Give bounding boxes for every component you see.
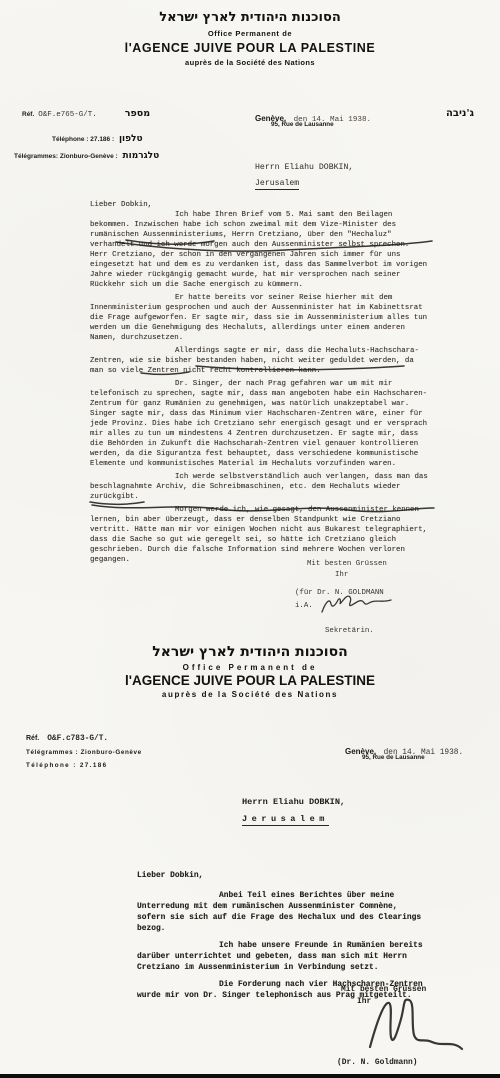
- goldmann-signature: [356, 993, 468, 1057]
- reference-line-2: Réf. O&F.c783-G/T.: [26, 735, 108, 743]
- recipient-city: Jerusalem: [242, 814, 329, 826]
- paragraph: Morgen werde ich, wie gesagt, den Aussen…: [90, 505, 428, 565]
- ref-value: O&F.c783-G/T.: [47, 735, 108, 743]
- letterhead-subtitle: auprès de la Société des Nations: [0, 690, 500, 699]
- recipient-name: Herrn Eliahu DOBKIN,: [255, 163, 353, 172]
- paragraph-list: Ich habe Ihren Brief vom 5. Mai samt den…: [90, 210, 428, 565]
- paragraph: Dr. Singer, der nach Prag gefahren war u…: [90, 379, 428, 469]
- letterhead-subtitle: auprès de la Société des Nations: [0, 58, 500, 67]
- paragraph: Ich habe Ihren Brief vom 5. Mai samt den…: [90, 210, 428, 290]
- ref-hebrew-label: מספר: [125, 108, 150, 119]
- telegram-line: Télégrammes: Zionburo-Genève : טלגרמות: [14, 151, 159, 161]
- letter-1-body: Lieber Dobkin, Ich habe Ihren Brief vom …: [90, 200, 428, 568]
- recipient-city: Jerusalem: [255, 179, 299, 190]
- secretary-signature: [318, 591, 396, 619]
- telegram-hebrew-label: טלגרמות: [122, 151, 159, 161]
- telephone-hebrew-label: טלפון: [119, 134, 143, 144]
- letterhead-hebrew-title: הסוכנות היהודית לארץ ישראל: [0, 11, 500, 25]
- telephone-label: Téléphone : 27.186 :: [52, 136, 114, 143]
- paragraph: Allerdings sagte er mir, dass die Hechal…: [90, 346, 428, 376]
- signature-name-line: (Dr. N. Goldmann): [337, 1058, 418, 1067]
- signature-stroke: [322, 596, 391, 612]
- letterhead-agency-name: l'AGENCE JUIVE POUR LA PALESTINE: [0, 41, 500, 55]
- recipient-name: Herrn Eliahu DOBKIN,: [242, 797, 345, 807]
- paragraph: Anbei Teil eines Berichtes über meine Un…: [137, 890, 429, 934]
- letterhead-office-line: Office Permanent de: [0, 663, 500, 672]
- recipient-block: Herrn Eliahu DOBKIN, Jerusalem: [255, 163, 353, 190]
- ref-label: Réf.: [26, 735, 39, 742]
- reference-line: Réf. O&F.e765-G/T. מספר: [22, 108, 150, 119]
- salutation: Lieber Dobkin,: [90, 200, 428, 210]
- paragraph: Ich werde selbstverständlich auch verlan…: [90, 472, 428, 502]
- scan-edge: [0, 1074, 500, 1078]
- ref-value: O&F.e765-G/T.: [38, 111, 97, 119]
- closing-pronoun: Ihr: [295, 570, 387, 581]
- letterhead-hebrew-title: הסוכנות היהודית לארץ ישראל: [0, 645, 500, 659]
- letterhead-office-line: Office Permanent de: [0, 29, 500, 38]
- street-address-2: 95, Rue de Lausanne: [362, 754, 425, 761]
- closing-title: Sekretärin.: [295, 626, 387, 637]
- paragraph: Ich habe unsere Freunde in Rumänien bere…: [137, 940, 429, 973]
- letterhead-agency-name: l'AGENCE JUIVE POUR LA PALESTINE: [0, 673, 500, 688]
- telephone-line-2: Téléphone : 27.186: [26, 762, 108, 769]
- closing-greeting: Mit besten Grüssen: [295, 559, 387, 570]
- telephone-line: Téléphone : 27.186 : טלפון: [52, 134, 143, 144]
- letterhead-2: הסוכנות היהודית לארץ ישראל Office Perman…: [0, 645, 500, 699]
- recipient-block-2: Herrn Eliahu DOBKIN, Jerusalem: [242, 797, 345, 826]
- salutation: Lieber Dobkin,: [137, 870, 429, 881]
- ref-label: Réf.: [22, 111, 34, 118]
- city-hebrew-label: ג'ניבה: [446, 108, 474, 119]
- signature-stroke: [370, 1000, 462, 1049]
- paragraph: Er hatte bereits vor seiner Reise hierhe…: [90, 293, 428, 343]
- scanned-document: הסוכנות היהודית לארץ ישראל Office Perman…: [0, 0, 500, 1078]
- telegram-line-2: Télégrammes : Zionburo-Genève: [26, 749, 142, 756]
- telegram-label: Télégrammes: Zionburo-Genève :: [14, 153, 118, 160]
- letterhead-1: הסוכנות היהודית לארץ ישראל Office Perman…: [0, 11, 500, 67]
- street-address: 95, Rue de Lausanne: [271, 121, 334, 128]
